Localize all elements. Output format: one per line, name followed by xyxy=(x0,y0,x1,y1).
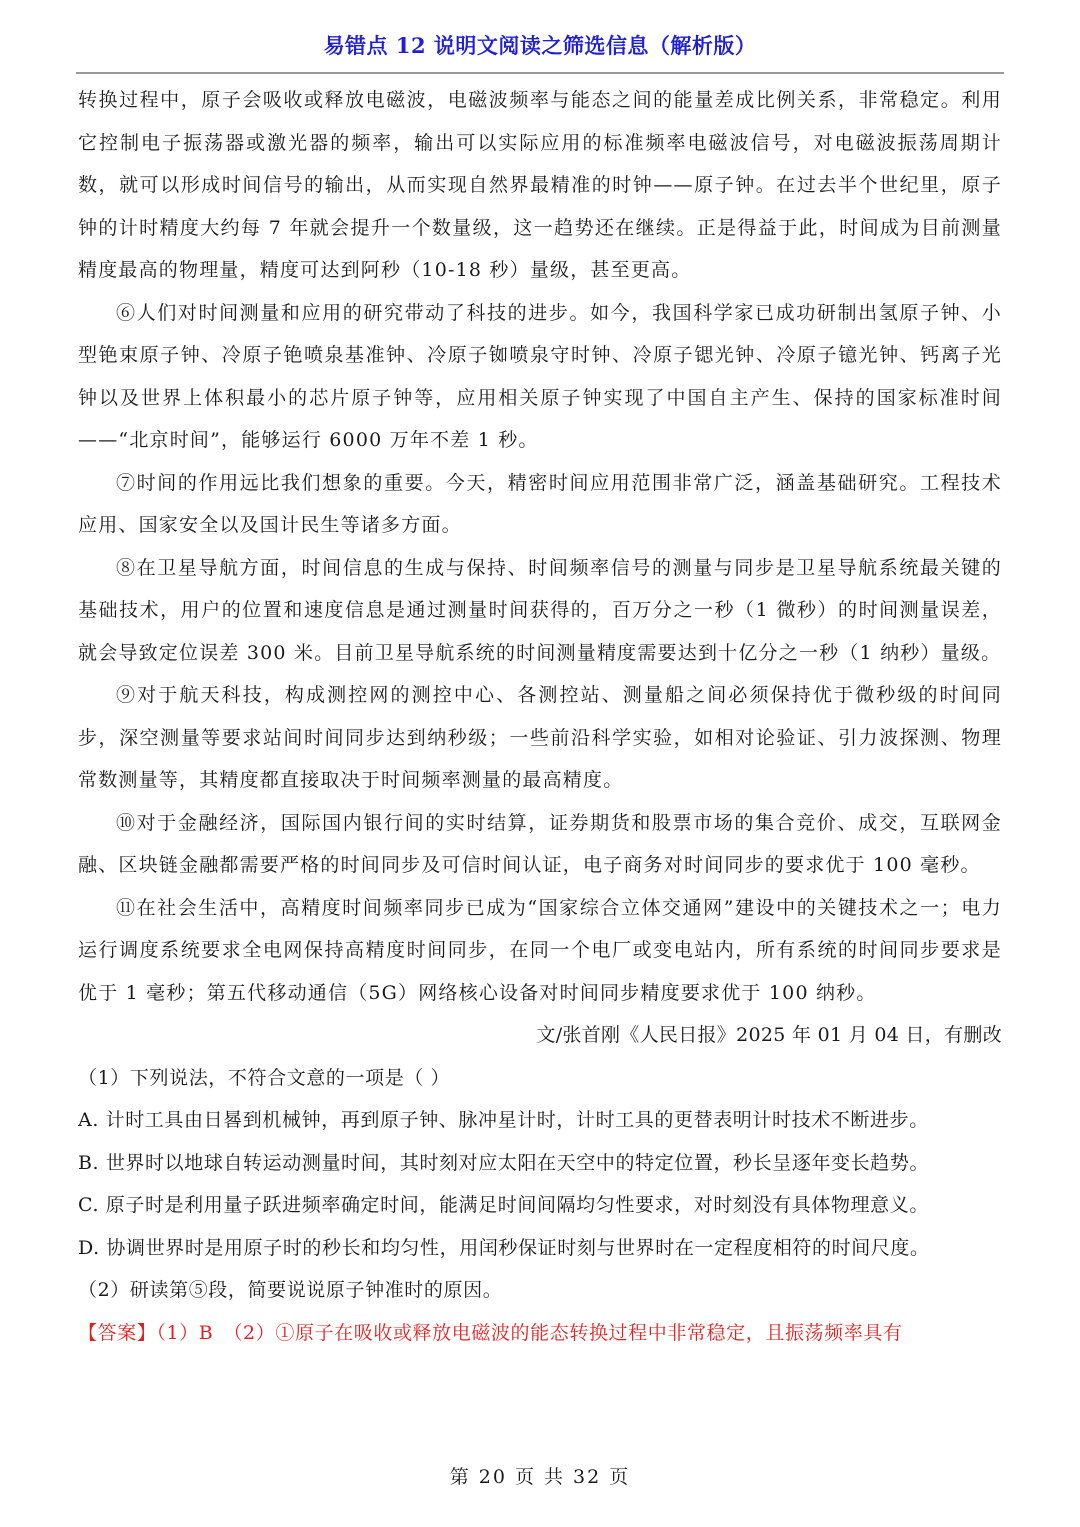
article-paragraph-10: ⑩对于金融经济，国际国内银行间的实时结算，证券期货和股票市场的集合竞价、成交，互… xyxy=(78,802,1002,887)
article-paragraph-9: ⑨对于航天科技，构成测控网的测控中心、各测控站、测量船之间必须保持优于微秒级的时… xyxy=(78,674,1002,802)
page-number: 第 20 页 共 32 页 xyxy=(0,1462,1080,1489)
question-1-option-d: D. 协调世界时是用原子时的秒长和均匀性，用闰秒保证时刻与世界时在一定程度相符的… xyxy=(78,1227,1002,1270)
answer-line: 【答案】（1）B （2）①原子在吸收或释放电磁波的能态转换过程中非常稳定，且振荡… xyxy=(78,1312,1002,1355)
header-divider xyxy=(76,72,1004,74)
document-header-title: 易错点 12 说明文阅读之筛选信息（解析版） xyxy=(0,30,1080,60)
question-1-option-c: C. 原子时是利用量子跃进频率确定时间，能满足时间间隔均匀性要求，对时刻没有具体… xyxy=(78,1184,1002,1227)
article-paragraph-continued: 转换过程中，原子会吸收或释放电磁波，电磁波频率与能态之间的能量差成比例关系，非常… xyxy=(78,79,1002,292)
article-paragraph-8: ⑧在卫星导航方面，时间信息的生成与保持、时间频率信号的测量与同步是卫星导航系统最… xyxy=(78,547,1002,675)
article-source: 文/张首刚《人民日报》2025 年 01 月 04 日，有删改 xyxy=(78,1014,1002,1057)
answer-text: （1）B （2）①原子在吸收或释放电磁波的能态转换过程中非常稳定，且振荡频率具有 xyxy=(156,1322,902,1344)
article-paragraph-11: ⑪在社会生活中，高精度时间频率同步已成为“国家综合立体交通网”建设中的关键技术之… xyxy=(78,887,1002,1015)
article-paragraph-7: ⑦时间的作用远比我们想象的重要。今天，精密时间应用范围非常广泛，涵盖基础研究。工… xyxy=(78,462,1002,547)
question-1-option-a: A. 计时工具由日晷到机械钟，再到原子钟、脉冲星计时，计时工具的更替表明计时技术… xyxy=(78,1099,1002,1142)
document-body: 转换过程中，原子会吸收或释放电磁波，电磁波频率与能态之间的能量差成比例关系，非常… xyxy=(78,79,1002,1354)
question-1-stem: （1）下列说法，不符合文意的一项是（ ） xyxy=(78,1057,1002,1100)
question-2-stem: （2）研读第⑤段，简要说说原子钟准时的原因。 xyxy=(78,1269,1002,1312)
answer-tag: 【答案】 xyxy=(78,1322,156,1344)
article-paragraph-6: ⑥人们对时间测量和应用的研究带动了科技的进步。如今，我国科学家已成功研制出氢原子… xyxy=(78,292,1002,462)
question-1-option-b: B. 世界时以地球自转运动测量时间，其时刻对应太阳在天空中的特定位置，秒长呈逐年… xyxy=(78,1142,1002,1185)
